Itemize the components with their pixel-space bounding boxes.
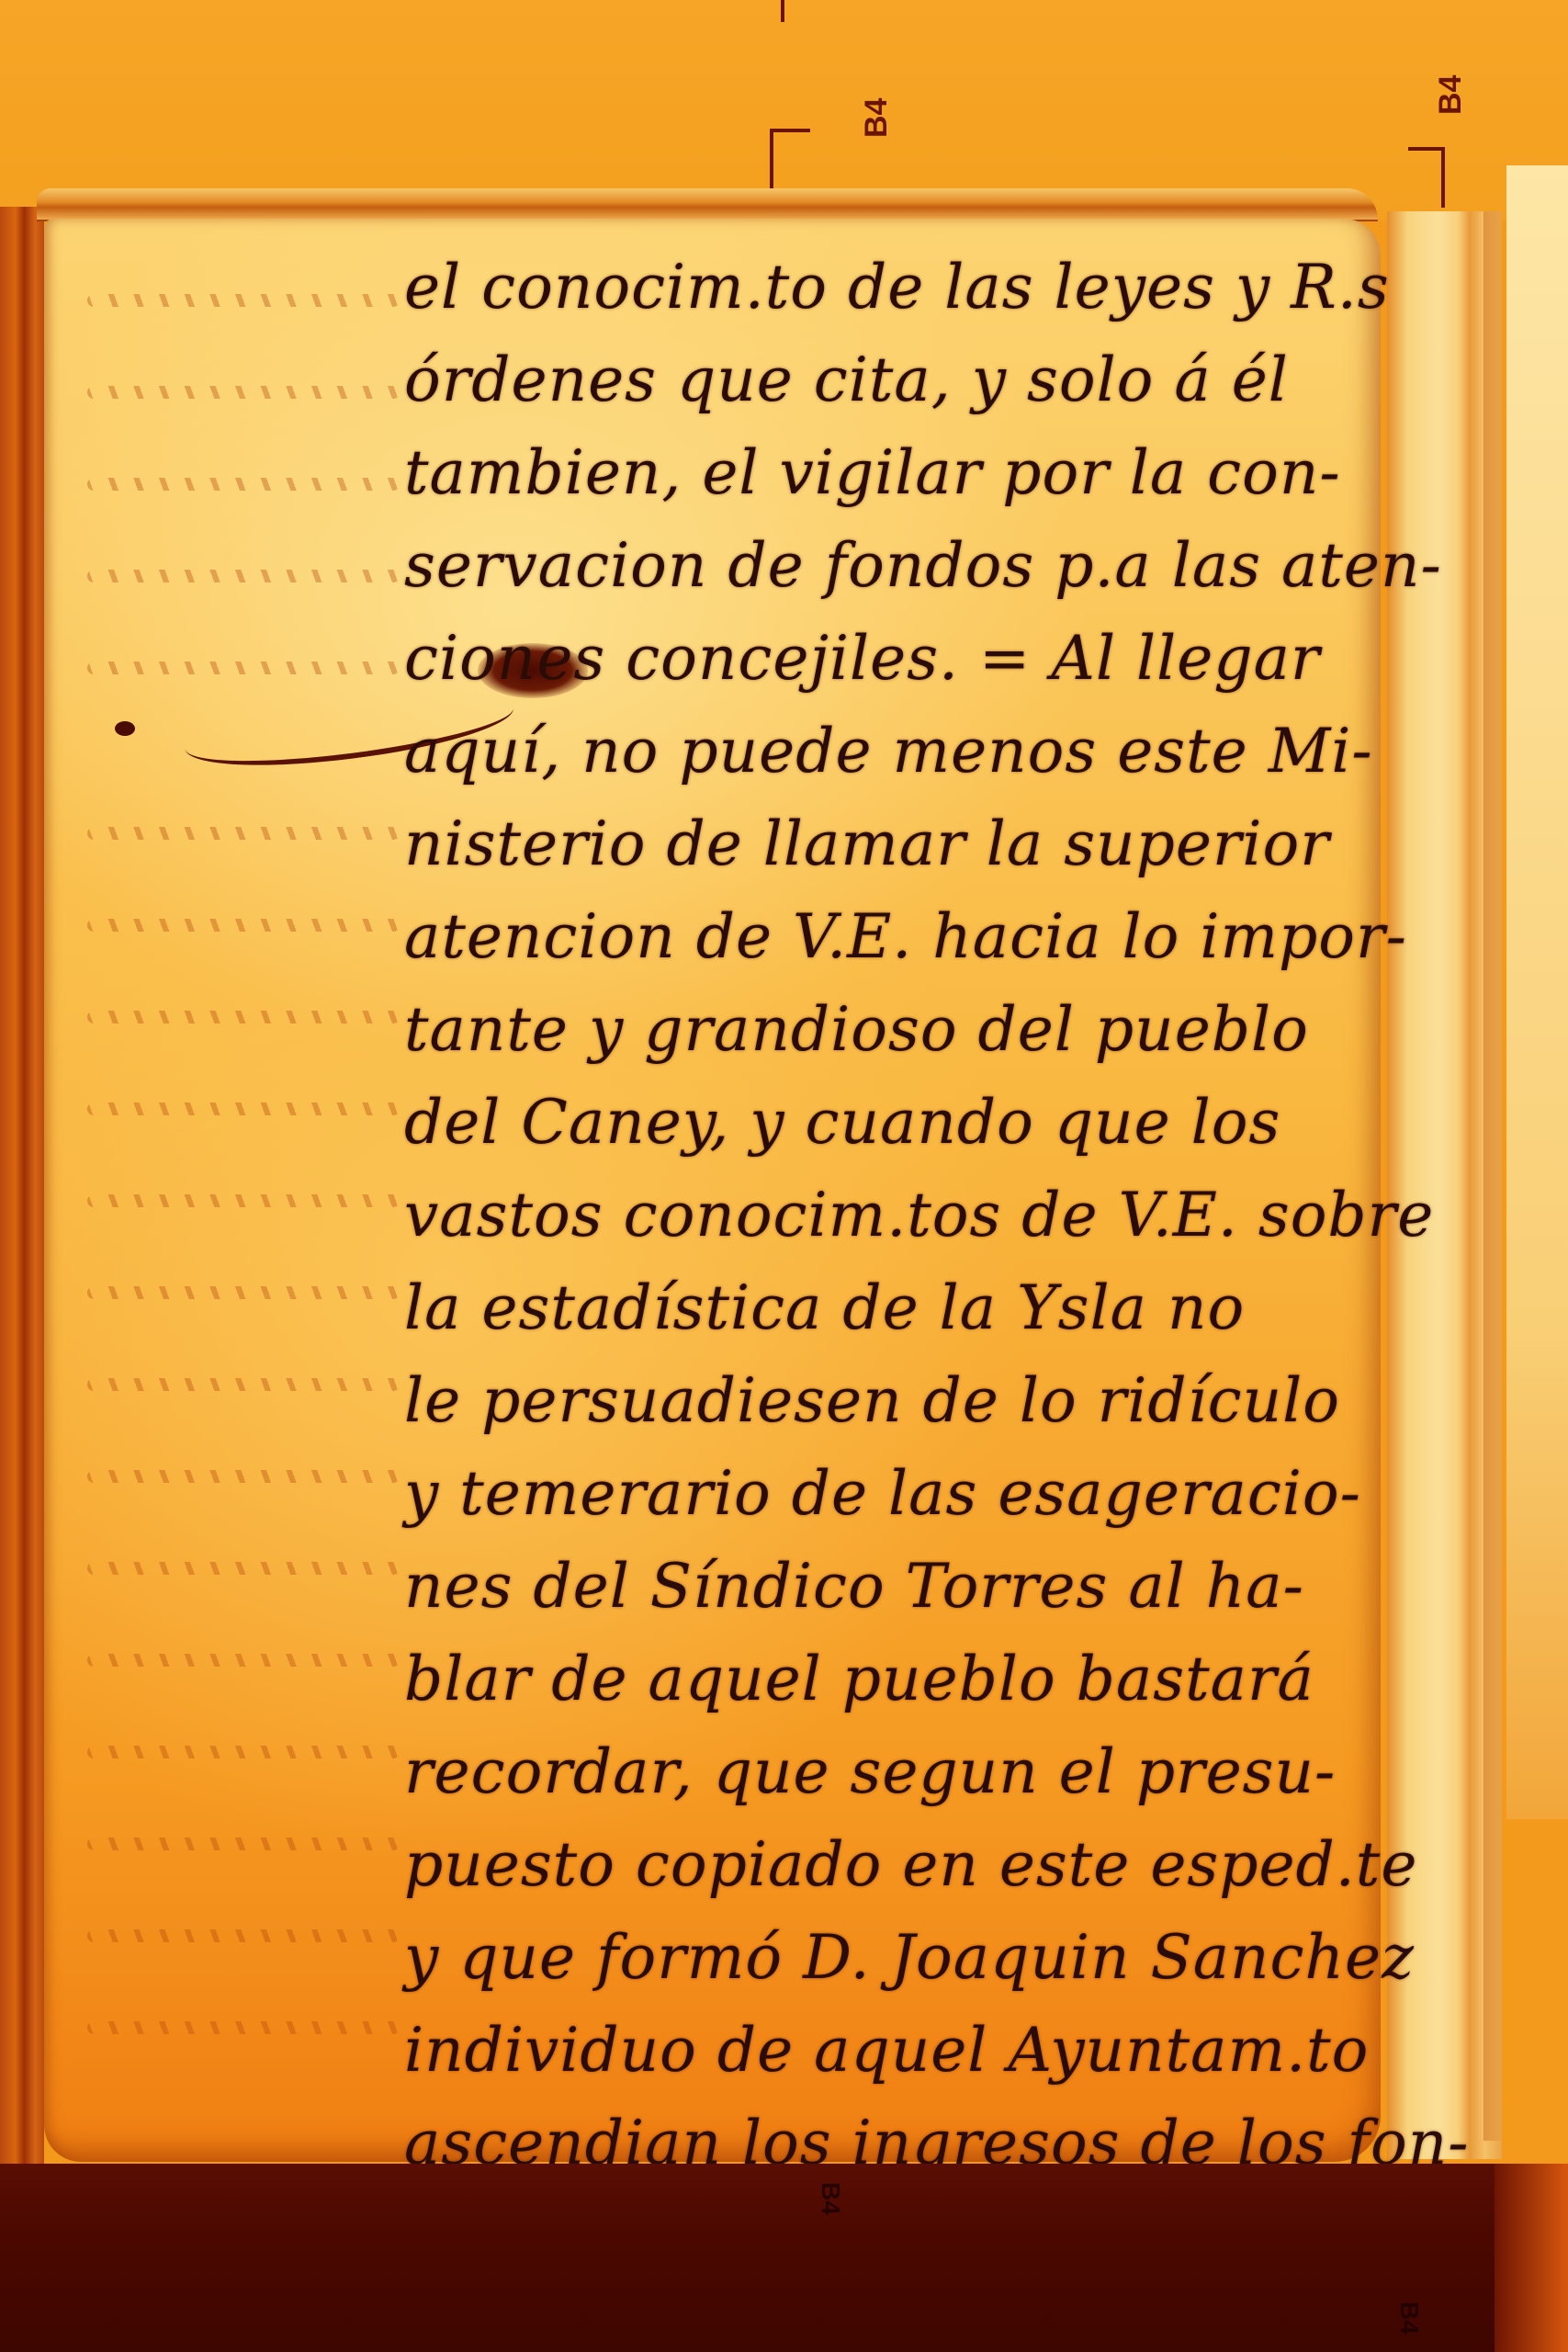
manuscript-text: el conocim.to de las leyes y R.s órdenes… [404,241,1378,2189]
frame-marker-right: B4 [1433,75,1469,115]
frame-marker-bottom-right: B4 [1394,2301,1424,2335]
text-line: órdenes que cita, y solo á él [404,334,1378,426]
binding-shadow [1483,211,1504,2141]
text-line: ciones concejiles. = Al llegar [404,612,1378,705]
crop-bracket-left [770,129,810,197]
text-line: y que formó D. Joaquin Sanchez [404,1911,1378,2004]
text-line: aquí, no puede menos este Mi- [404,705,1378,797]
text-line: atencion de V.E. hacia lo impor- [404,890,1378,983]
text-line: y temerario de las esageracio- [404,1447,1378,1540]
text-line: servacion de fondos p.a las aten- [404,519,1378,612]
book-spine-left [0,207,44,2168]
crop-bracket-right [1408,147,1445,208]
text-line: blar de aquel pueblo bastará [404,1633,1378,1725]
text-line: puesto copiado en este esped.te [404,1818,1378,1911]
text-line: nes del Síndico Torres al ha- [404,1540,1378,1633]
text-line: tante y grandioso del pueblo [404,983,1378,1076]
frame-marker-left: B4 [859,98,895,138]
text-line: nisterio de llamar la superior [404,797,1378,890]
text-line: individuo de aquel Ayuntam.to [404,2004,1378,2097]
page-top-edge [37,188,1378,220]
text-line: recordar, que segun el presu- [404,1725,1378,1818]
scanner-bed-bottom [0,2164,1568,2352]
text-line: del Caney, y cuando que los [404,1076,1378,1169]
frame-marker-bottom-left: B4 [816,2182,845,2215]
text-line: tambien, el vigilar por la con- [404,426,1378,519]
text-line: vastos conocim.tos de V.E. sobre [404,1169,1378,1261]
registration-tick [781,0,784,22]
text-line: le persuadiesen de lo ridículo [404,1354,1378,1447]
text-line: el conocim.to de las leyes y R.s [404,241,1378,334]
text-line: la estadística de la Ysla no [404,1261,1378,1354]
ink-dot [115,721,135,736]
adjacent-page-edge [1506,165,1568,1819]
